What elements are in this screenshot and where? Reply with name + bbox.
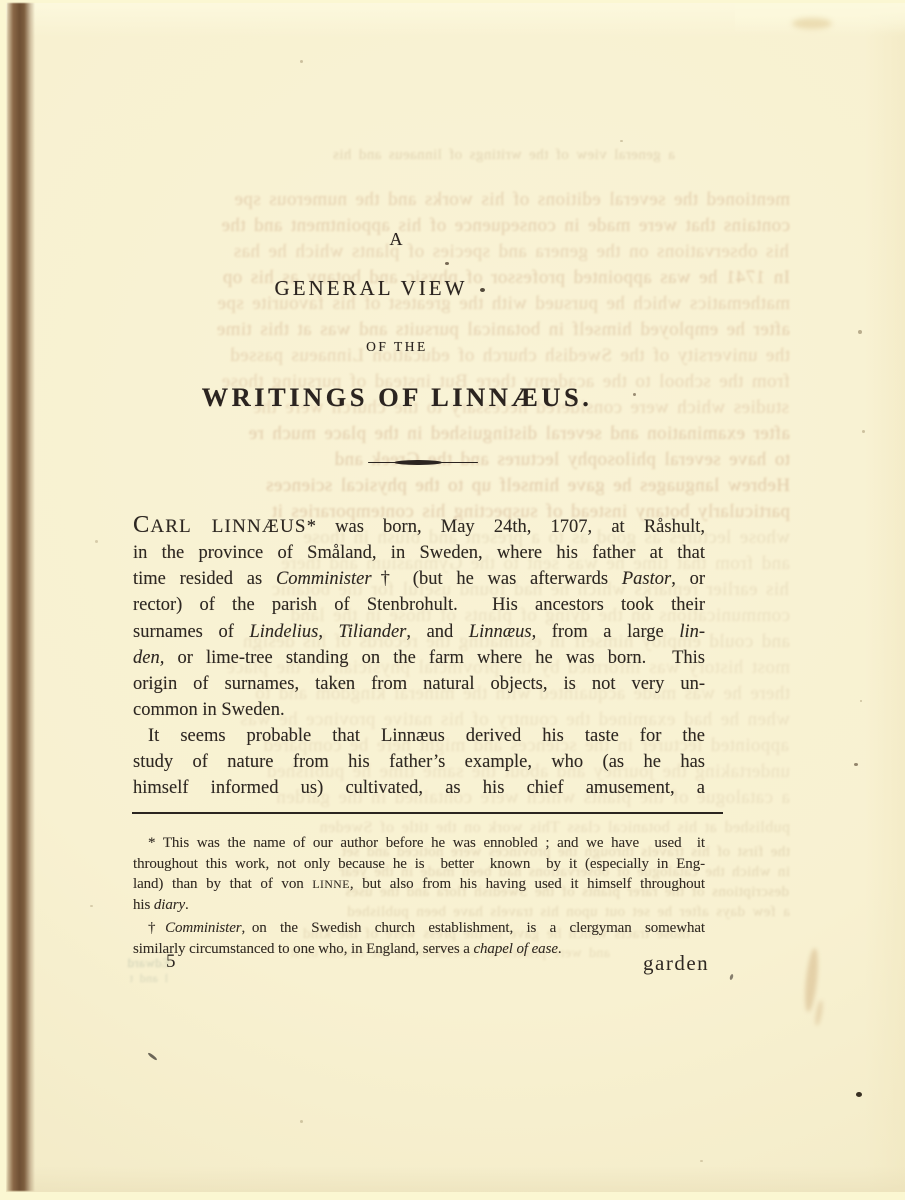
text-segment: lin- [679, 622, 705, 642]
text-segment: similarly circumstanced to one who, in E… [133, 941, 473, 957]
text-segment: ARL LINNÆUS [150, 516, 306, 537]
body-line: surnames of Lindelius, Tiliander, and Li… [133, 619, 705, 645]
title-line-general-view: GENERAL VIEW [107, 276, 635, 301]
body-line: CARL LINNÆUS* was born, May 24th, 1707, … [133, 514, 705, 540]
text-segment: * This was the name of our author before… [148, 835, 705, 851]
body-line: rector) of the parish of Stenbrohult. Hi… [133, 592, 705, 618]
footnote-line: his diary. [133, 895, 705, 916]
swelled-rule-ornament [368, 459, 478, 466]
body-line: study of nature from his father’s exampl… [133, 749, 705, 775]
catchword: garden [643, 951, 709, 976]
text-segment: chapel of ease [473, 941, 557, 957]
text-segment: time resided as [133, 569, 276, 589]
text-segment: * was born, May 24th, 1707, at Råshult, [307, 517, 705, 537]
text-segment: Comminister [276, 569, 372, 589]
signature-mark: 5 [166, 951, 176, 973]
footnote-line: * This was the name of our author before… [133, 833, 705, 854]
rule-lens [394, 460, 442, 465]
text-segment: Pastor [622, 569, 671, 589]
footnote-line: land) than by that of von LINNE, but als… [133, 874, 705, 895]
footnote-2: † Comminister, on the Swedish church est… [133, 918, 705, 959]
text-segment: , [318, 622, 338, 642]
footnote-line: similarly circumstanced to one who, in E… [133, 939, 705, 960]
text-segment: surnames of [133, 622, 249, 642]
text-segment: Comminister [165, 920, 241, 936]
text-segment: LINNE [312, 878, 350, 891]
body-text: CARL LINNÆUS* was born, May 24th, 1707, … [133, 514, 705, 802]
text-segment: . [185, 897, 189, 913]
body-line: common in Sweden. [133, 697, 705, 723]
text-segment: land) than by that of von [133, 876, 312, 892]
body-line: It seems probable that Linnæus derived h… [133, 723, 705, 749]
text-segment: himself informed us) cultivated, as his … [133, 778, 705, 798]
title-line-of-the: OF THE [133, 339, 661, 355]
body-line: origin of surnames, taken from natural o… [133, 671, 705, 697]
footnote-rule [132, 812, 723, 814]
footnote-1: * This was the name of our author before… [133, 833, 705, 915]
text-segment: throughout this work, not only because h… [133, 856, 705, 872]
text-segment: or lime-tree standing on the farm where … [164, 648, 705, 668]
text-segment: , on the Swedish church establishment, i… [242, 920, 706, 936]
text-segment: den, [133, 648, 164, 668]
text-segment: Lindelius [249, 622, 318, 642]
text-segment: , but also from his having used it himse… [350, 876, 705, 892]
text-segment: , and [406, 622, 468, 642]
text-segment: origin of surnames, taken from natural o… [133, 674, 705, 694]
text-segment: , from a large [532, 622, 680, 642]
body-line: in the province of Småland, in Sweden, w… [133, 540, 705, 566]
text-segment: his [133, 897, 154, 913]
title-line-writings-of-linnaeus: WRITINGS OF LINNÆUS. [133, 382, 661, 413]
text-segment: C [133, 511, 150, 538]
page-top-edge [735, 3, 905, 33]
text-segment: † (but he was afterwards [372, 569, 622, 589]
body-line: time resided as Comminister† (but he was… [133, 566, 705, 592]
text-segment: Linnæus [469, 622, 532, 642]
text-segment: in the province of Småland, in Sweden, w… [133, 543, 705, 563]
binding-gutter-shadow [7, 3, 35, 1191]
footnote-line: † Comminister, on the Swedish church est… [133, 918, 705, 939]
body-line: himself informed us) cultivated, as his … [133, 775, 705, 801]
text-segment: It seems probable that Linnæus derived h… [148, 726, 705, 746]
text-segment: Tiliander [339, 622, 407, 642]
text-segment: . [558, 941, 562, 957]
footnote-line: throughout this work, not only because h… [133, 854, 705, 875]
body-line: den, or lime-tree standing on the farm w… [133, 645, 705, 671]
text-segment: † [148, 920, 165, 936]
text-segment: diary [154, 897, 185, 913]
text-segment: , or [671, 569, 705, 589]
title-article: A [133, 229, 661, 250]
text-segment: common in Sweden. [133, 700, 285, 720]
scanned-book-page: { "document": { "kind": "scanned antique… [0, 0, 905, 1200]
text-segment: study of nature from his father’s exampl… [133, 752, 705, 772]
text-segment: rector) of the parish of Stenbrohult. Hi… [133, 595, 705, 615]
